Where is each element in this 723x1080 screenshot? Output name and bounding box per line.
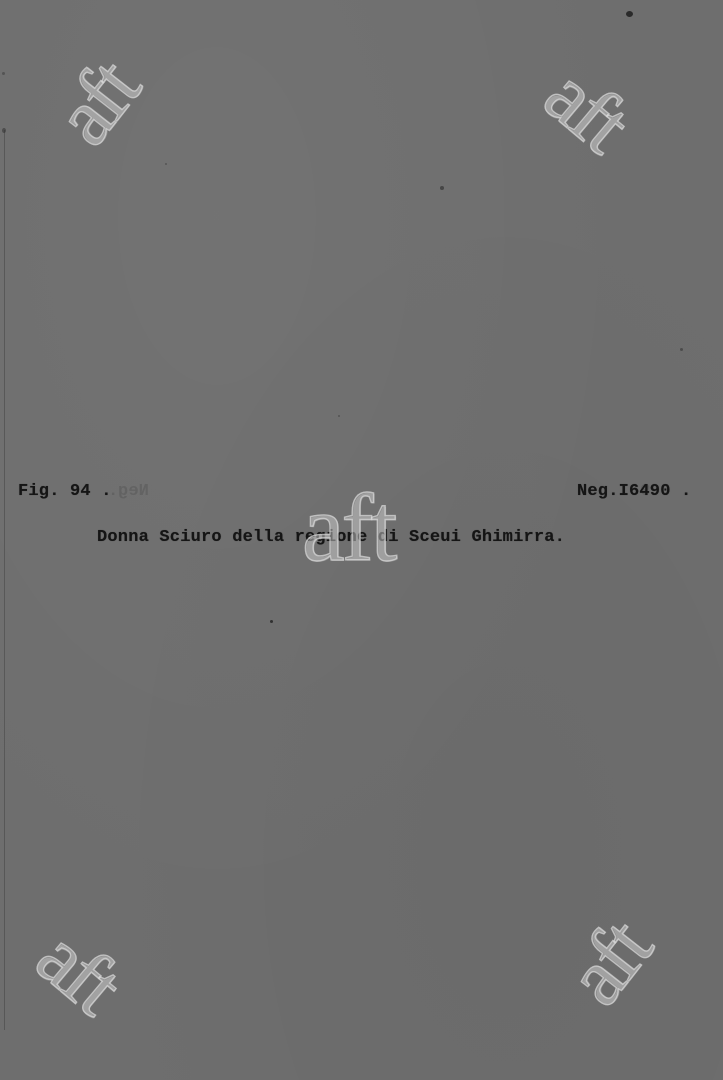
figure-caption: Donna Sciuro della regione di Sceui Ghim… — [97, 528, 565, 547]
figure-number: Fig. 94 . — [18, 482, 112, 501]
paper-edge-line — [4, 130, 5, 1030]
watermark-top-left: aft — [41, 47, 153, 159]
dust-speck — [440, 186, 444, 190]
dust-speck — [270, 620, 273, 623]
dust-speck — [165, 163, 167, 165]
negative-number: Neg.I6490 . — [577, 482, 691, 501]
dust-speck — [2, 72, 5, 75]
dust-speck — [338, 415, 340, 417]
bleed-through-text: Neg. — [108, 482, 149, 501]
dust-speck — [626, 11, 633, 17]
scanned-document-page: Neg. . 9 Fig. 94 . Neg.I6490 . Donna Sci… — [0, 0, 723, 1080]
watermark-bottom-right: aft — [553, 907, 665, 1019]
dust-speck — [2, 128, 6, 133]
watermark-top-right: aft — [531, 53, 643, 166]
watermark-bottom-left: aft — [23, 915, 135, 1028]
dust-speck — [680, 348, 683, 351]
